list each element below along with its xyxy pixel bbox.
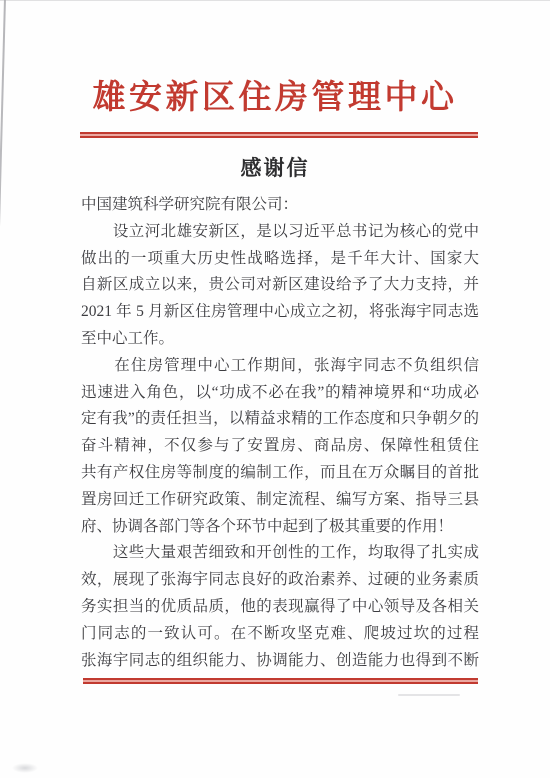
scan-smudge xyxy=(398,694,460,696)
scan-smudge xyxy=(12,763,38,773)
body-line: 门同志的一致认可。在不断攻坚克难、爬坡过坎的过程中， xyxy=(81,621,479,648)
body-line: 奋斗精神，不仅参与了安置房、商品房、保障性租赁住房、 xyxy=(81,433,479,460)
footer-double-rule xyxy=(83,678,478,684)
body-line: 在住房管理中心工作期间，张海宇同志不负组织信任， xyxy=(81,353,479,380)
document-title: 感谢信 xyxy=(0,155,550,181)
scanned-letter-page: 雄安新区住房管理中心 感谢信 中国建筑科学研究院有限公司： 设立河北雄安新区，是… xyxy=(0,0,550,778)
scan-top-edge-line xyxy=(0,0,550,1)
body-line: 共有产权住房等制度的编制工作，而且在万众瞩目的首批安 xyxy=(81,460,479,487)
body-line: 定有我”的责任担当，以精益求精的工作态度和只争朝夕的 xyxy=(81,406,479,433)
body-line: 设立河北雄安新区，是以习近平总书记为核心的党中央 xyxy=(81,219,479,246)
body-line: 2021 年 5 月新区住房管理中心成立之初，将张海宇同志选派 xyxy=(81,299,479,326)
letterhead-title: 雄安新区住房管理中心 xyxy=(0,80,550,116)
body-line: 至中心工作。 xyxy=(81,326,479,353)
body-line: 这些大量艰苦细致和开创性的工作，均取得了扎实成 xyxy=(81,540,479,567)
letterhead-double-rule xyxy=(80,132,478,138)
body-line: 务实担当的优质品质，他的表现赢得了中心领导及各相关部 xyxy=(81,594,479,621)
body-line: 置房回迁工作研究政策、制定流程、编写方案、指导三县政 xyxy=(81,487,479,514)
body-line: 张海宇同志的组织能力、协调能力、创造能力也得到不断提 xyxy=(81,648,479,675)
letter-body: 中国建筑科学研究院有限公司： 设立河北雄安新区，是以习近平总书记为核心的党中央 … xyxy=(81,192,479,674)
body-line: 迅速进入角色，以“功成不必在我”的精神境界和“功成必 xyxy=(81,380,479,407)
body-line: 府、协调各部门等各个环节中起到了极其重要的作用！ xyxy=(81,514,479,541)
body-line: 做出的一项重大历史性战略选择，是千年大计、国家大事。 xyxy=(81,246,479,273)
body-line: 效，展现了张海宇同志良好的政治素养、过硬的业务素质和 xyxy=(81,567,479,594)
body-line: 自新区成立以来，贵公司对新区建设给予了大力支持，并在 xyxy=(81,272,479,299)
salutation-line: 中国建筑科学研究院有限公司： xyxy=(81,192,479,219)
